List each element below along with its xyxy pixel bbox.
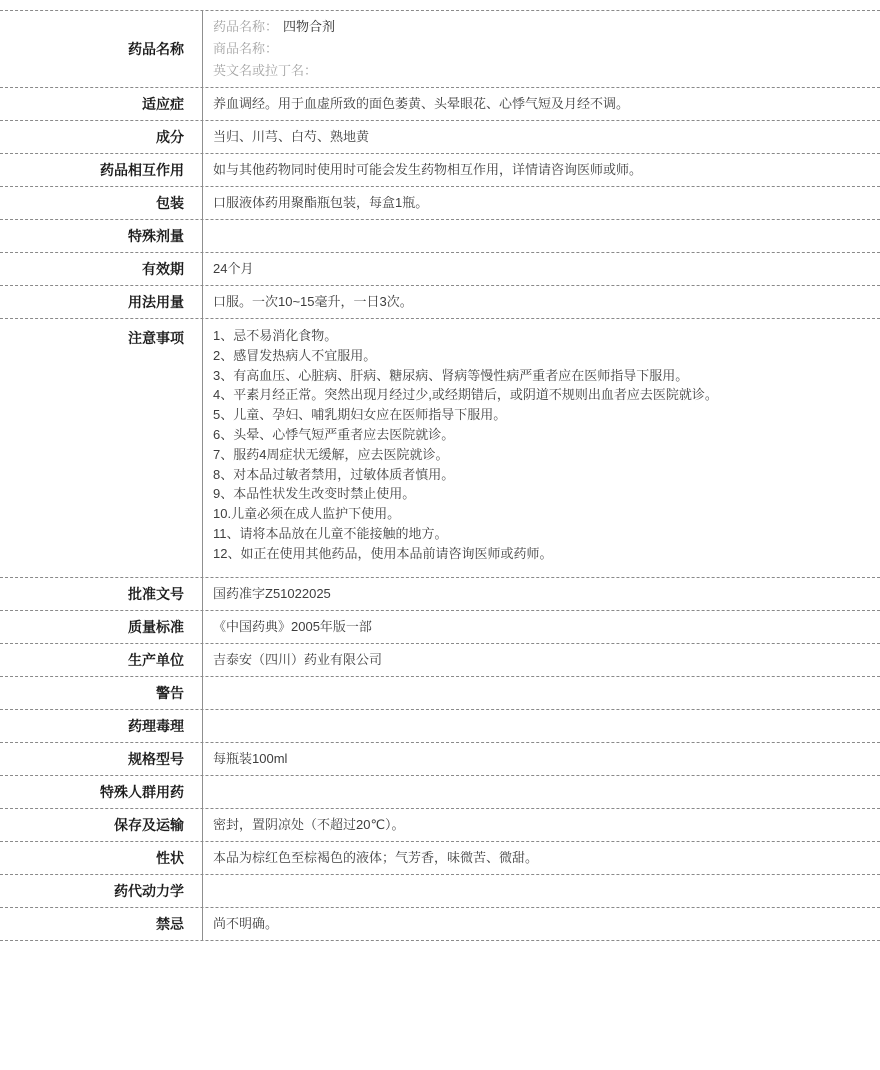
row-content: 如与其他药物同时使用时可能会发生药物相互作用，详情请咨询医师或师。	[203, 154, 880, 186]
row-text: 当归、川芎、白芍、熟地黄	[213, 128, 866, 146]
row-content: 尚不明确。	[203, 908, 880, 940]
row-text: 口服。一次10~15毫升，一日3次。	[213, 293, 866, 311]
row-content: 密封，置阴凉处（不超过20℃）。	[203, 809, 880, 841]
row-text: 密封，置阴凉处（不超过20℃）。	[213, 816, 866, 834]
row-content: 当归、川芎、白芍、熟地黄	[203, 121, 880, 153]
table-row: 药品名称药品名称：四物合剂商品名称：英文名或拉丁名：	[0, 11, 880, 88]
table-row: 保存及运输密封，置阴凉处（不超过20℃）。	[0, 809, 880, 842]
row-content: 1、忌不易消化食物。2、感冒发热病人不宜服用。3、有高血压、心脏病、肝病、糖尿病…	[203, 319, 880, 577]
table-row: 注意事项1、忌不易消化食物。2、感冒发热病人不宜服用。3、有高血压、心脏病、肝病…	[0, 319, 880, 578]
row-label: 药理毒理	[0, 710, 203, 742]
table-row: 警告	[0, 677, 880, 710]
row-label: 禁忌	[0, 908, 203, 940]
row-content: 24个月	[203, 253, 880, 285]
note-item: 8、对本品过敏者禁用，过敏体质者慎用。	[213, 465, 866, 485]
field-key: 英文名或拉丁名：	[213, 63, 317, 78]
row-text: 《中国药典》2005年版一部	[213, 618, 866, 636]
table-row: 用法用量口服。一次10~15毫升，一日3次。	[0, 286, 880, 319]
row-content	[203, 710, 880, 742]
row-content: 口服液体药用聚酯瓶包装，每盒1瓶。	[203, 187, 880, 219]
field-key: 药品名称：	[213, 19, 278, 34]
row-text: 口服液体药用聚酯瓶包装，每盒1瓶。	[213, 194, 866, 212]
field-value: 四物合剂	[283, 19, 335, 34]
row-label: 批准文号	[0, 578, 203, 610]
row-label: 药品名称	[0, 11, 203, 87]
row-label: 适应症	[0, 88, 203, 120]
row-content	[203, 875, 880, 907]
note-item: 12、如正在使用其他药品，使用本品前请咨询医师或药师。	[213, 544, 866, 564]
row-text: 如与其他药物同时使用时可能会发生药物相互作用，详情请咨询医师或师。	[213, 161, 866, 179]
note-item: 2、感冒发热病人不宜服用。	[213, 346, 866, 366]
row-content: 《中国药典》2005年版一部	[203, 611, 880, 643]
note-item: 5、儿童、孕妇、哺乳期妇女应在医师指导下服用。	[213, 405, 866, 425]
row-label: 特殊剂量	[0, 220, 203, 252]
table-row: 药代动力学	[0, 875, 880, 908]
table-row: 包装口服液体药用聚酯瓶包装，每盒1瓶。	[0, 187, 880, 220]
row-label: 药代动力学	[0, 875, 203, 907]
name-field-line: 药品名称：四物合剂	[213, 16, 866, 38]
row-content	[203, 677, 880, 709]
row-label: 特殊人群用药	[0, 776, 203, 808]
row-text: 国药准字Z51022025	[213, 585, 866, 603]
row-content: 养血调经。用于血虚所致的面色萎黄、头晕眼花、心悸气短及月经不调。	[203, 88, 880, 120]
row-content: 药品名称：四物合剂商品名称：英文名或拉丁名：	[203, 11, 880, 87]
table-row: 生产单位吉泰安（四川）药业有限公司	[0, 644, 880, 677]
name-field-line: 英文名或拉丁名：	[213, 60, 866, 82]
row-label: 用法用量	[0, 286, 203, 318]
table-row: 特殊人群用药	[0, 776, 880, 809]
row-text: 本品为棕红色至棕褐色的液体；气芳香，味微苦、微甜。	[213, 849, 866, 867]
row-content	[203, 776, 880, 808]
row-label: 药品相互作用	[0, 154, 203, 186]
row-content	[203, 220, 880, 252]
row-label: 规格型号	[0, 743, 203, 775]
row-text: 尚不明确。	[213, 915, 866, 933]
note-item: 6、头晕、心悸气短严重者应去医院就诊。	[213, 425, 866, 445]
row-label: 性状	[0, 842, 203, 874]
table-row: 药品相互作用如与其他药物同时使用时可能会发生药物相互作用，详情请咨询医师或师。	[0, 154, 880, 187]
note-item: 3、有高血压、心脏病、肝病、糖尿病、肾病等慢性病严重者应在医师指导下服用。	[213, 366, 866, 386]
row-label: 注意事项	[0, 319, 203, 577]
note-item: 10.儿童必须在成人监护下使用。	[213, 504, 866, 524]
row-content: 国药准字Z51022025	[203, 578, 880, 610]
table-row: 有效期24个月	[0, 253, 880, 286]
note-item: 1、忌不易消化食物。	[213, 326, 866, 346]
field-key: 商品名称：	[213, 41, 278, 56]
table-row: 批准文号国药准字Z51022025	[0, 578, 880, 611]
row-label: 质量标准	[0, 611, 203, 643]
row-label: 有效期	[0, 253, 203, 285]
row-text: 每瓶装100ml	[213, 750, 866, 768]
row-text: 养血调经。用于血虚所致的面色萎黄、头晕眼花、心悸气短及月经不调。	[213, 95, 866, 113]
row-label: 包装	[0, 187, 203, 219]
table-row: 适应症养血调经。用于血虚所致的面色萎黄、头晕眼花、心悸气短及月经不调。	[0, 88, 880, 121]
table-row: 禁忌尚不明确。	[0, 908, 880, 941]
row-label: 警告	[0, 677, 203, 709]
row-label: 生产单位	[0, 644, 203, 676]
note-item: 7、服药4周症状无缓解，应去医院就诊。	[213, 445, 866, 465]
name-field-line: 商品名称：	[213, 38, 866, 60]
note-item: 4、平素月经正常。突然出现月经过少,或经期错后，或阴道不规则出血者应去医院就诊。	[213, 385, 866, 405]
row-content: 吉泰安（四川）药业有限公司	[203, 644, 880, 676]
row-label: 成分	[0, 121, 203, 153]
drug-info-table: 药品名称药品名称：四物合剂商品名称：英文名或拉丁名：适应症养血调经。用于血虚所致…	[0, 10, 880, 941]
row-label: 保存及运输	[0, 809, 203, 841]
table-row: 成分当归、川芎、白芍、熟地黄	[0, 121, 880, 154]
table-row: 规格型号每瓶装100ml	[0, 743, 880, 776]
note-item: 11、请将本品放在儿童不能接触的地方。	[213, 524, 866, 544]
row-text: 24个月	[213, 260, 866, 278]
table-row: 特殊剂量	[0, 220, 880, 253]
row-content: 口服。一次10~15毫升，一日3次。	[203, 286, 880, 318]
row-text: 吉泰安（四川）药业有限公司	[213, 651, 866, 669]
table-row: 性状本品为棕红色至棕褐色的液体；气芳香，味微苦、微甜。	[0, 842, 880, 875]
table-row: 质量标准《中国药典》2005年版一部	[0, 611, 880, 644]
row-content: 本品为棕红色至棕褐色的液体；气芳香，味微苦、微甜。	[203, 842, 880, 874]
note-item: 9、本品性状发生改变时禁止使用。	[213, 484, 866, 504]
table-row: 药理毒理	[0, 710, 880, 743]
row-content: 每瓶装100ml	[203, 743, 880, 775]
